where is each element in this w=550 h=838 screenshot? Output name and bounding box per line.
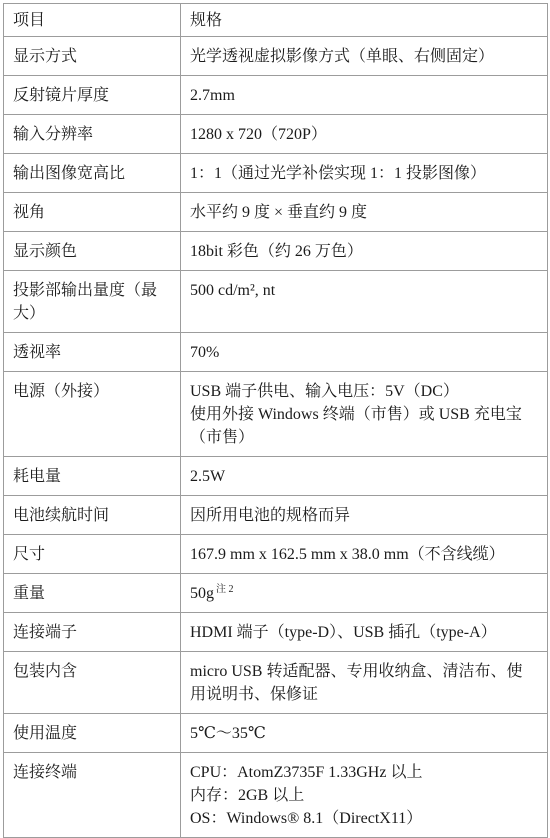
table-row: 反射镜片厚度2.7mm [4, 76, 548, 115]
spec-cell: 2.7mm [181, 76, 548, 115]
table-row: 输入分辨率1280 x 720（720P） [4, 115, 548, 154]
spec-line: 1：1（通过光学补偿实现 1：1 投影图像） [190, 162, 537, 185]
spec-cell: 1：1（通过光学补偿实现 1：1 投影图像） [181, 154, 548, 193]
table-row: 包装内含micro USB 转适配器、专用收纳盒、清洁布、使用说明书、保修证 [4, 652, 548, 714]
item-cell: 使用温度 [4, 714, 181, 753]
item-cell: 输出图像宽高比 [4, 154, 181, 193]
spec-line: OS：Windows® 8.1（DirectX11） [190, 807, 537, 830]
item-cell: 视角 [4, 193, 181, 232]
item-cell: 显示方式 [4, 37, 181, 76]
spec-line: 2.7mm [190, 84, 537, 107]
spec-cell: 光学透视虚拟影像方式（单眼、右侧固定） [181, 37, 548, 76]
spec-cell: 500 cd/m², nt [181, 271, 548, 333]
spec-line: 光学透视虚拟影像方式（单眼、右侧固定） [190, 45, 537, 68]
spec-cell: USB 端子供电、输入电压：5V（DC）使用外接 Windows 终端（市售）或… [181, 372, 548, 457]
spec-line: 500 cd/m², nt [190, 279, 537, 302]
table-row: 投影部输出量度（最大）500 cd/m², nt [4, 271, 548, 333]
table-row: 输出图像宽高比1：1（通过光学补偿实现 1：1 投影图像） [4, 154, 548, 193]
item-cell: 投影部输出量度（最大） [4, 271, 181, 333]
item-cell: 输入分辨率 [4, 115, 181, 154]
spec-cell: 2.5W [181, 457, 548, 496]
item-cell: 耗电量 [4, 457, 181, 496]
table-row: 连接端子HDMI 端子（type-D）、USB 插孔（type-A） [4, 613, 548, 652]
table-row: 电池续航时间因所用电池的规格而异 [4, 496, 548, 535]
table-row: 电源（外接）USB 端子供电、输入电压：5V（DC）使用外接 Windows 终… [4, 372, 548, 457]
spec-cell: 18bit 彩色（约 26 万色） [181, 232, 548, 271]
spec-table-body: 显示方式光学透视虚拟影像方式（单眼、右侧固定）反射镜片厚度2.7mm输入分辨率1… [4, 37, 548, 838]
spec-line: 167.9 mm x 162.5 mm x 38.0 mm（不含线缆） [190, 543, 537, 566]
table-row: 显示颜色18bit 彩色（约 26 万色） [4, 232, 548, 271]
table-row: 透视率70% [4, 333, 548, 372]
table-row: 连接终端CPU：AtomZ3735F 1.33GHz 以上内存：2GB 以上OS… [4, 753, 548, 838]
item-cell: 连接端子 [4, 613, 181, 652]
spec-table: 项目 规格 显示方式光学透视虚拟影像方式（单眼、右侧固定）反射镜片厚度2.7mm… [3, 3, 548, 838]
spec-cell: 167.9 mm x 162.5 mm x 38.0 mm（不含线缆） [181, 535, 548, 574]
spec-line: 70% [190, 341, 537, 364]
table-row: 使用温度5℃～35℃ [4, 714, 548, 753]
item-cell: 连接终端 [4, 753, 181, 838]
item-cell: 包装内含 [4, 652, 181, 714]
spec-line: 因所用电池的规格而异 [190, 504, 537, 527]
spec-line: USB 端子供电、输入电压：5V（DC） [190, 380, 537, 403]
item-cell: 尺寸 [4, 535, 181, 574]
table-row: 显示方式光学透视虚拟影像方式（单眼、右侧固定） [4, 37, 548, 76]
spec-cell: 水平约 9 度 × 垂直约 9 度 [181, 193, 548, 232]
header-spec-cell: 规格 [181, 4, 548, 37]
table-row: 重量50g注 2 [4, 574, 548, 613]
table-row: 耗电量2.5W [4, 457, 548, 496]
spec-line: 5℃～35℃ [190, 722, 537, 745]
spec-line: 50g注 2 [190, 582, 537, 605]
spec-line: 1280 x 720（720P） [190, 123, 537, 146]
spec-cell: 因所用电池的规格而异 [181, 496, 548, 535]
spec-line: HDMI 端子（type-D）、USB 插孔（type-A） [190, 621, 537, 644]
item-cell: 电池续航时间 [4, 496, 181, 535]
item-cell: 重量 [4, 574, 181, 613]
footnote-ref: 注 2 [216, 584, 234, 595]
item-cell: 反射镜片厚度 [4, 76, 181, 115]
item-cell: 透视率 [4, 333, 181, 372]
header-item-cell: 项目 [4, 4, 181, 37]
spec-cell: 70% [181, 333, 548, 372]
spec-line: 使用外接 Windows 终端（市售）或 USB 充电宝（市售） [190, 403, 537, 449]
spec-cell: 5℃～35℃ [181, 714, 548, 753]
spec-line: 水平约 9 度 × 垂直约 9 度 [190, 201, 537, 224]
spec-cell: micro USB 转适配器、专用收纳盒、清洁布、使用说明书、保修证 [181, 652, 548, 714]
spec-cell: CPU：AtomZ3735F 1.33GHz 以上内存：2GB 以上OS：Win… [181, 753, 548, 838]
item-cell: 电源（外接） [4, 372, 181, 457]
table-row: 视角水平约 9 度 × 垂直约 9 度 [4, 193, 548, 232]
spec-cell: 1280 x 720（720P） [181, 115, 548, 154]
table-header-row: 项目 规格 [4, 4, 548, 37]
spec-line: CPU：AtomZ3735F 1.33GHz 以上 [190, 761, 537, 784]
spec-line: 18bit 彩色（约 26 万色） [190, 240, 537, 263]
spec-cell: 50g注 2 [181, 574, 548, 613]
spec-cell: HDMI 端子（type-D）、USB 插孔（type-A） [181, 613, 548, 652]
spec-line: micro USB 转适配器、专用收纳盒、清洁布、使用说明书、保修证 [190, 660, 537, 706]
spec-line: 内存：2GB 以上 [190, 784, 537, 807]
table-row: 尺寸167.9 mm x 162.5 mm x 38.0 mm（不含线缆） [4, 535, 548, 574]
spec-line: 2.5W [190, 465, 537, 488]
item-cell: 显示颜色 [4, 232, 181, 271]
